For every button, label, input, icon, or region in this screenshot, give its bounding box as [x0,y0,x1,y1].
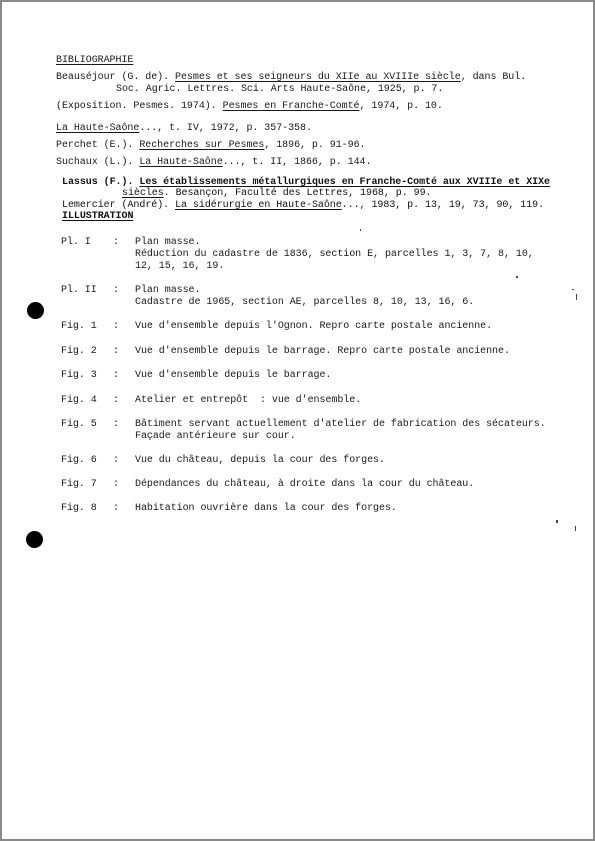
bib-title: Pesmes en Franche-Comté [223,101,360,112]
item-desc: Vue d'ensemble depuis le barrage. Repro … [135,346,510,358]
bib-author: Perchet (E.). [56,140,139,151]
item-separator: : [113,321,119,333]
bib-title: La Haute-Saône [139,157,222,168]
item-label: Fig. 4 [61,395,97,407]
item-label: Fig. 1 [61,321,97,333]
item-label: Fig. 3 [61,370,97,382]
item-separator: : [113,370,119,382]
bib-entry-haute-saone: La Haute-Saône..., t. IV, 1972, p. 357-3… [56,123,312,135]
item-label: Pl. II [61,285,97,297]
bib-rest: , 1974, p. 10. [360,101,443,112]
item-desc: Vue du château, depuis la cour des forge… [135,455,385,467]
bib-entry-perchet: Perchet (E.). Recherches sur Pesmes, 189… [56,140,365,152]
document-page: BIBLIOGRAPHIE Beauséjour (G. de). Pesmes… [0,0,595,841]
scan-speck [516,276,518,278]
bib-title: La Haute-Saône [56,123,139,134]
item-desc: Vue d'ensemble depuis le barrage. [135,370,331,382]
bib-rest: ..., t. IV, 1972, p. 357-358. [139,123,312,134]
item-label: Fig. 6 [61,455,97,467]
bib-author: Beauséjour (G. de). [56,72,175,83]
bib-entry-exposition: (Exposition. Pesmes. 1974). Pesmes en Fr… [56,101,443,113]
item-label: Fig. 2 [61,346,97,358]
punch-hole-bottom [26,531,43,548]
item-separator: : [113,285,119,297]
item-label: Pl. I [61,237,91,249]
bib-author: Lemercier (André). [62,200,175,211]
item-separator: : [113,455,119,467]
item-desc: Cadastre de 1965, section AE, parcelles … [135,297,474,309]
bib-author: Suchaux (L.). [56,157,139,168]
item-label: Fig. 8 [61,503,97,515]
item-desc: Bâtiment servant actuellement d'atelier … [135,419,546,431]
bib-title: Les établissements métallurgiques en Fra… [139,177,550,188]
item-desc: Plan masse. [135,285,200,297]
illustration-heading: ILLUSTRATION [62,211,133,223]
item-separator: : [113,237,119,249]
bib-title: siècles [122,188,164,199]
item-desc: Façade antérieure sur cour. [135,431,296,443]
item-separator: : [113,503,119,515]
bib-entry-lemercier: Lemercier (André). La sidérurgie en Haut… [62,200,544,212]
item-separator: : [113,346,119,358]
bib-rest: . Besançon, Faculté des Lettres, 1968, p… [164,188,432,199]
bib-author: (Exposition. Pesmes. 1974). [56,101,223,112]
item-label: Fig. 7 [61,479,97,491]
bib-author: Lassus (F.). [62,177,139,188]
scan-speck [556,520,558,523]
bib-title: Pesmes et ses seigneurs du XIIe au XVIII… [175,72,461,83]
bib-rest: , 1896, p. 91-96. [264,140,365,151]
scan-speck [360,229,361,231]
item-desc: Habitation ouvrière dans la cour des for… [135,503,397,515]
item-desc: Atelier et entrepôt : vue d'ensemble. [135,395,361,407]
bib-rest: ..., t. II, 1866, p. 144. [223,157,372,168]
bibliography-heading: BIBLIOGRAPHIE [56,55,133,67]
item-desc: Vue d'ensemble depuis l'Ognon. Repro car… [135,321,492,333]
item-separator: : [113,479,119,491]
scan-speck [572,289,574,290]
bib-entry-suchaux: Suchaux (L.). La Haute-Saône..., t. II, … [56,157,371,169]
item-desc: Dépendances du château, à droite dans la… [135,479,474,491]
punch-hole-top [27,302,44,319]
item-label: Fig. 5 [61,419,97,431]
item-separator: : [113,419,119,431]
item-desc: Réduction du cadastre de 1836, section E… [135,249,534,261]
bib-rest: , dans Bul. [461,72,526,83]
scan-speck [575,526,576,531]
bib-title: La sidérurgie en Haute-Saône [175,200,342,211]
bib-entry-beausejour: Beauséjour (G. de). Pesmes et ses seigne… [56,72,526,84]
item-desc: Plan masse. [135,237,200,249]
bib-entry-beausejour-cont: Soc. Agric. Lettres. Sci. Arts Haute-Saô… [116,84,443,96]
bib-entry-lassus-cont: siècles. Besançon, Faculté des Lettres, … [122,188,431,200]
scan-speck [576,294,577,300]
item-desc: 12, 15, 16, 19. [135,261,224,273]
bib-title: Recherches sur Pesmes [139,140,264,151]
item-separator: : [113,395,119,407]
bib-rest: ..., 1983, p. 13, 19, 73, 90, 119. [342,200,544,211]
